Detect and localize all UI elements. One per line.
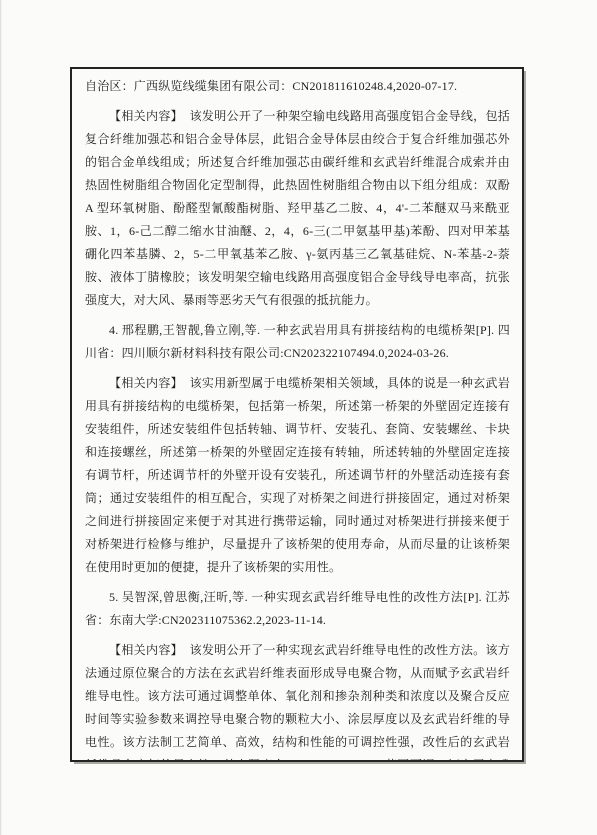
related-content-text-3: 该发明公开了一种实现玄武岩纤维导电性的改性方法。该方法通过原位聚合的方法在玄武岩…	[85, 643, 510, 762]
related-content-text-2: 该实用新型属于电缆桥架相关领域，具体的说是一种玄武岩用具有拼接结构的电缆桥架，包…	[85, 376, 510, 574]
related-content-paragraph-2: 【相关内容】该实用新型属于电缆桥架相关领域，具体的说是一种玄武岩用具有拼接结构的…	[85, 372, 510, 579]
scanner-edge-artifact	[0, 0, 2, 835]
document-border-frame: 自治区：广西纵览线缆集团有限公司：CN201811610248.4,2020-0…	[70, 67, 524, 762]
related-content-text-1: 该发明公开了一种架空输电线路用高强度铝合金导线，包括复合纤维加强芯和铝合金导体层…	[85, 109, 510, 307]
related-content-paragraph-3: 【相关内容】该发明公开了一种实现玄武岩纤维导电性的改性方法。该方法通过原位聚合的…	[85, 639, 510, 762]
reference-continuation: 自治区：广西纵览线缆集团有限公司：CN201811610248.4,2020-0…	[85, 75, 510, 98]
related-content-paragraph-1: 【相关内容】该发明公开了一种架空输电线路用高强度铝合金导线，包括复合纤维加强芯和…	[85, 105, 510, 312]
reference-item-4: 4. 邢程鹏,王智靓,鲁立刚,等. 一种玄武岩用具有拼接结构的电缆桥架[P]. …	[85, 319, 510, 365]
reference-item-5: 5. 吴智深,曾思衡,汪昕,等. 一种实现玄武岩纤维导电性的改性方法[P]. 江…	[85, 586, 510, 632]
related-content-label-2: 【相关内容】	[109, 376, 183, 390]
related-content-label-3: 【相关内容】	[109, 643, 183, 657]
related-content-label-1: 【相关内容】	[109, 109, 183, 123]
document-text-area: 自治区：广西纵览线缆集团有限公司：CN201811610248.4,2020-0…	[85, 75, 510, 762]
